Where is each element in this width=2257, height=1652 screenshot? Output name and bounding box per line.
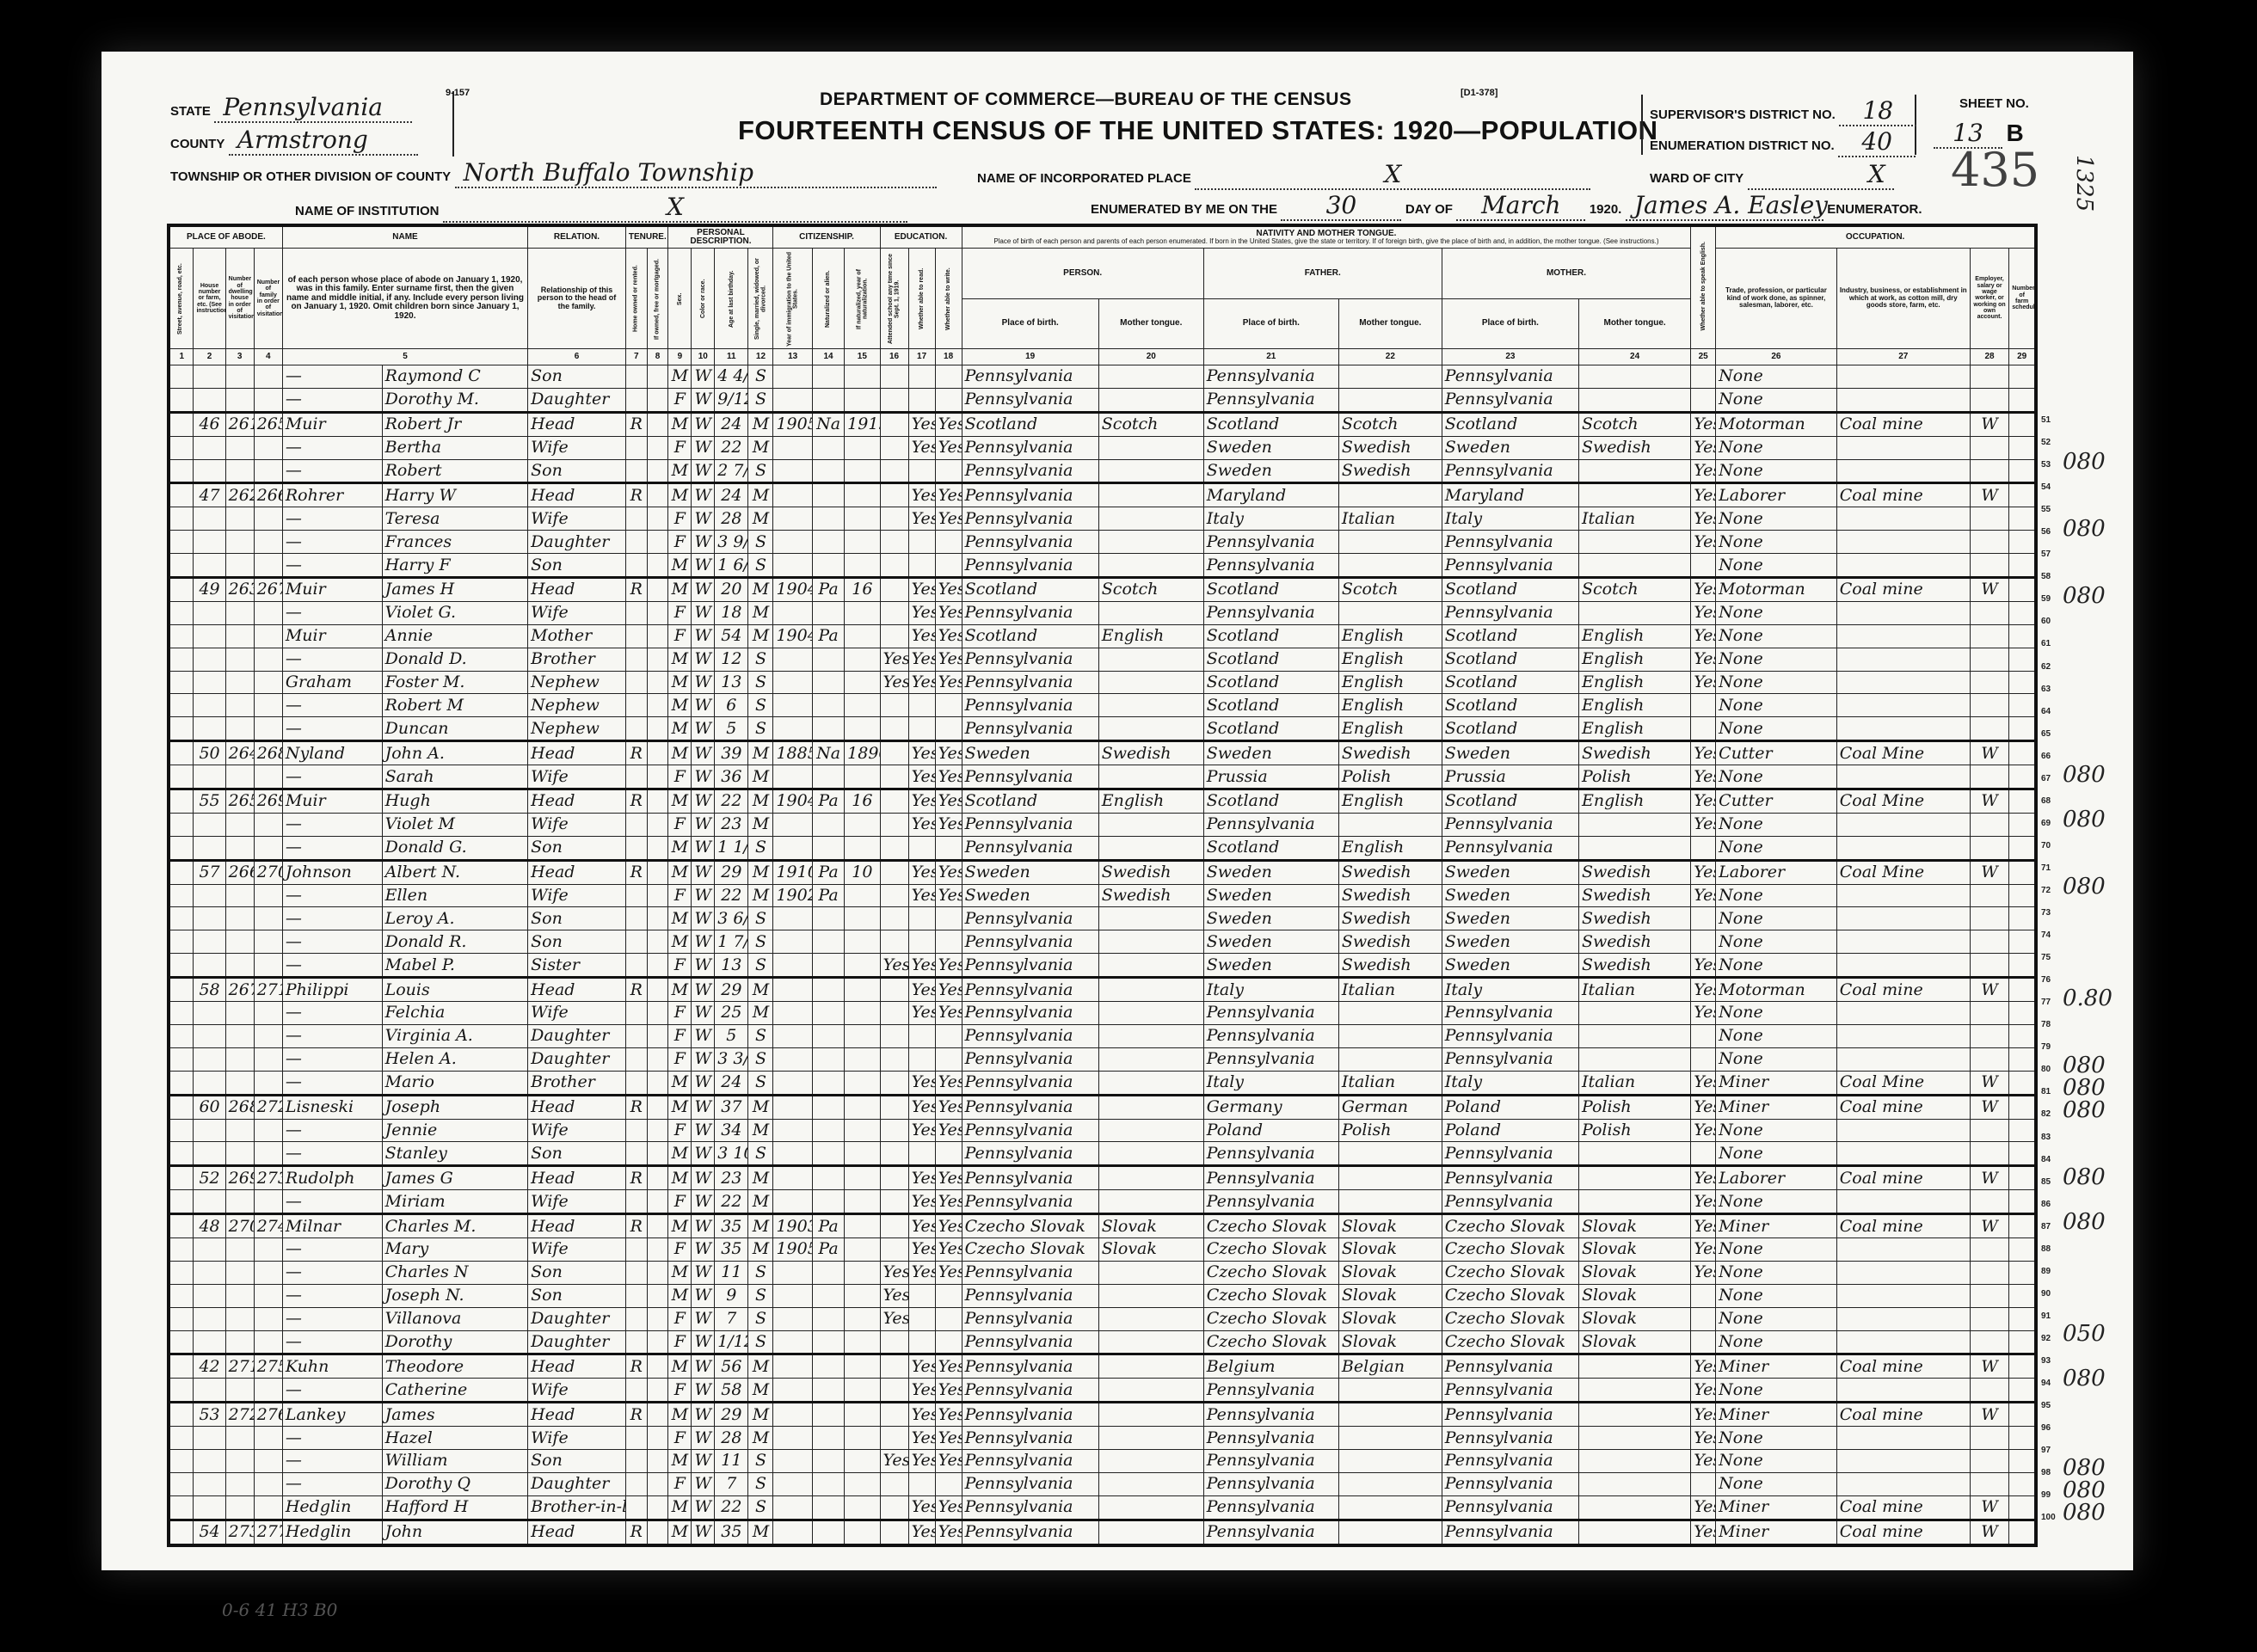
margin-code: 050: [2063, 1323, 2112, 1345]
cell-house: 42: [194, 1354, 225, 1379]
cell-street: [169, 436, 194, 459]
cell-natyr: [845, 1472, 880, 1495]
cell-imm: [773, 483, 812, 507]
cell-english: Yes: [1691, 954, 1716, 978]
cell-english: Yes: [1691, 1427, 1716, 1450]
cell-english: Yes: [1691, 1002, 1716, 1025]
cell-color: W: [692, 1237, 715, 1261]
census-row: —CatherineWifeFW58MYesYesPennsylvaniaPen…: [169, 1379, 2036, 1403]
cell-m-pob: Pennsylvania: [1442, 1354, 1578, 1379]
cell-owned: [625, 436, 647, 459]
line-number: 56: [2041, 518, 2060, 540]
cell-sex: M: [668, 907, 692, 930]
cell-tongue: [1098, 1095, 1203, 1119]
cell-surname: —: [282, 694, 382, 717]
line-number: 79: [2041, 1033, 2060, 1055]
census-row: GrahamFoster M.NephewMW13SYesYesYesPenns…: [169, 671, 2036, 694]
cell-m-pob: Italy: [1442, 1071, 1578, 1095]
cell-mort: [647, 1142, 668, 1166]
cell-read: Yes: [908, 789, 935, 814]
cell-relation: Son: [528, 907, 626, 930]
cell-mort: [647, 1495, 668, 1520]
cell-f-pob: Pennsylvania: [1203, 1047, 1338, 1071]
cell-f-pob: Sweden: [1203, 860, 1338, 884]
cell-street: [169, 1379, 194, 1403]
cell-english: Yes: [1691, 1379, 1716, 1403]
cell-surname: —: [282, 1071, 382, 1095]
cell-m-pob: Pennsylvania: [1442, 1047, 1578, 1071]
cell-color: W: [692, 741, 715, 765]
cell-school: [880, 624, 908, 648]
cell-relation: Head: [528, 741, 626, 765]
cell-f-pob: Czecho Slovak: [1203, 1330, 1338, 1354]
cell-school: [880, 1379, 908, 1403]
cell-dwelling: 263: [225, 578, 254, 602]
census-row: —JennieWifeFW34MYesYesPennsylvaniaPoland…: [169, 1119, 2036, 1142]
cell-surname: —: [282, 1472, 382, 1495]
cell-sex: F: [668, 1237, 692, 1261]
cell-school: [880, 978, 908, 1002]
cell-house: [194, 1047, 225, 1071]
cell-school: [880, 1190, 908, 1214]
cell-surname: —: [282, 1002, 382, 1025]
cell-industry: Coal Mine: [1836, 860, 1970, 884]
cell-given: Donald G.: [382, 836, 528, 860]
cell-school: [880, 1002, 908, 1025]
cell-trade: Miner: [1716, 1495, 1837, 1520]
cell-nat: [812, 671, 844, 694]
cell-tongue: [1098, 1427, 1203, 1450]
cell-street: [169, 1284, 194, 1307]
cell-class: [1970, 459, 2008, 483]
cell-surname: —: [282, 954, 382, 978]
cell-dwelling: [225, 1047, 254, 1071]
cell-color: W: [692, 624, 715, 648]
header-class: Employer, salary or wage worker, or work…: [1970, 249, 2008, 349]
line-number: 90: [2041, 1280, 2060, 1302]
cell-mort: [647, 1354, 668, 1379]
cell-m-tongue: [1578, 365, 1690, 389]
line-number: 65: [2041, 720, 2060, 742]
cell-f-tongue: Polish: [1338, 765, 1442, 789]
cell-write: [935, 907, 962, 930]
cell-industry: [1836, 1237, 1970, 1261]
cell-tongue: [1098, 1472, 1203, 1495]
cell-relation: Son: [528, 459, 626, 483]
institution-label: NAME OF INSTITUTION: [295, 204, 440, 218]
cell-school: [880, 459, 908, 483]
cell-school: [880, 1354, 908, 1379]
cell-farm: [2009, 907, 2036, 930]
form-number: 9-157: [446, 88, 470, 98]
cell-family: [254, 624, 282, 648]
cell-owned: [625, 1261, 647, 1284]
cell-nat: [812, 436, 844, 459]
cell-mort: [647, 1449, 668, 1472]
cell-color: W: [692, 1119, 715, 1142]
column-number: 15: [845, 349, 880, 365]
cell-write: Yes: [935, 813, 962, 836]
cell-sex: F: [668, 1307, 692, 1330]
margin-code: [2063, 786, 2112, 808]
cell-family: [254, 601, 282, 624]
cell-given: James H: [382, 578, 528, 602]
cell-f-tongue: Scotch: [1338, 578, 1442, 602]
cell-relation: Daughter: [528, 1047, 626, 1071]
cell-owned: R: [625, 412, 647, 436]
cell-trade: None: [1716, 436, 1837, 459]
enumeration-field: ENUMERATION DISTRICT NO. 40: [1650, 127, 1916, 157]
cell-given: John A.: [382, 741, 528, 765]
cell-owned: R: [625, 1520, 647, 1545]
cell-english: Yes: [1691, 1119, 1716, 1142]
cell-trade: None: [1716, 836, 1837, 860]
cell-house: [194, 907, 225, 930]
cell-color: W: [692, 978, 715, 1002]
margin-code: [2063, 607, 2112, 629]
cell-read: Yes: [908, 648, 935, 671]
enumerated-day: 30: [1281, 191, 1401, 221]
cell-family: [254, 365, 282, 389]
cell-school: [880, 1095, 908, 1119]
cell-school: [880, 813, 908, 836]
cell-age: 9/12: [715, 388, 748, 412]
cell-tongue: [1098, 1166, 1203, 1190]
census-row: —VillanovaDaughterFW7SYesPennsylvaniaCze…: [169, 1307, 2036, 1330]
cell-dwelling: 271: [225, 1354, 254, 1379]
cell-pob: Pennsylvania: [962, 1119, 1098, 1142]
cell-owned: [625, 765, 647, 789]
cell-m-pob: Pennsylvania: [1442, 365, 1578, 389]
cell-marital: S: [748, 648, 773, 671]
cell-class: [1970, 1024, 2008, 1047]
cell-house: 55: [194, 789, 225, 814]
cell-mort: [647, 1071, 668, 1095]
cell-pob: Pennsylvania: [962, 1403, 1098, 1427]
cell-tongue: [1098, 1071, 1203, 1095]
cell-imm: [773, 554, 812, 578]
cell-imm: 1905: [773, 412, 812, 436]
cell-f-pob: Poland: [1203, 1119, 1338, 1142]
cell-class: [1970, 884, 2008, 907]
cell-mort: [647, 436, 668, 459]
cell-class: W: [1970, 1095, 2008, 1119]
cell-m-pob: Czecho Slovak: [1442, 1284, 1578, 1307]
census-row: —Violet G.WifeFW18MYesYesPennsylvaniaPen…: [169, 601, 2036, 624]
cell-imm: [773, 1330, 812, 1354]
cell-tongue: [1098, 365, 1203, 389]
cell-school: [880, 483, 908, 507]
cell-owned: [625, 624, 647, 648]
cell-mort: [647, 884, 668, 907]
column-number: 25: [1691, 349, 1716, 365]
line-number: 86: [2041, 1190, 2060, 1213]
margin-code: [2063, 428, 2112, 451]
cell-m-pob: Scotland: [1442, 648, 1578, 671]
cell-read: Yes: [908, 978, 935, 1002]
cell-natyr: [845, 907, 880, 930]
cell-natyr: [845, 1495, 880, 1520]
column-number: 13: [773, 349, 812, 365]
cell-class: [1970, 717, 2008, 741]
cell-relation: Head: [528, 860, 626, 884]
cell-nat: [812, 1472, 844, 1495]
cell-tongue: [1098, 1024, 1203, 1047]
cell-f-pob: Pennsylvania: [1203, 1142, 1338, 1166]
cell-mort: [647, 1307, 668, 1330]
cell-color: W: [692, 1142, 715, 1166]
cell-write: Yes: [935, 978, 962, 1002]
cell-industry: [1836, 365, 1970, 389]
cell-natyr: [845, 836, 880, 860]
column-number: 27: [1836, 349, 1970, 365]
cell-imm: [773, 459, 812, 483]
cell-owned: [625, 884, 647, 907]
cell-f-tongue: [1338, 1190, 1442, 1214]
cell-write: Yes: [935, 789, 962, 814]
cell-street: [169, 1261, 194, 1284]
cell-school: [880, 531, 908, 554]
cell-mort: [647, 694, 668, 717]
cell-house: [194, 954, 225, 978]
cell-m-pob: Sweden: [1442, 741, 1578, 765]
cell-industry: [1836, 507, 1970, 531]
cell-sex: M: [668, 1095, 692, 1119]
cell-imm: 1905: [773, 1237, 812, 1261]
cell-street: [169, 1071, 194, 1095]
cell-industry: [1836, 1307, 1970, 1330]
cell-mort: [647, 531, 668, 554]
line-number: 58: [2041, 562, 2060, 585]
cell-m-pob: Sweden: [1442, 930, 1578, 954]
cell-read: Yes: [908, 578, 935, 602]
cell-surname: —: [282, 554, 382, 578]
cell-read: Yes: [908, 954, 935, 978]
cell-trade: None: [1716, 1024, 1837, 1047]
cell-class: [1970, 671, 2008, 694]
cell-school: [880, 741, 908, 765]
cell-tongue: Scotch: [1098, 412, 1203, 436]
cell-dwelling: [225, 436, 254, 459]
cell-tongue: English: [1098, 624, 1203, 648]
cell-family: [254, 907, 282, 930]
cell-industry: [1836, 388, 1970, 412]
cell-color: W: [692, 671, 715, 694]
cell-color: W: [692, 884, 715, 907]
cell-nat: [812, 1002, 844, 1025]
cell-marital: S: [748, 1495, 773, 1520]
cell-write: Yes: [935, 1237, 962, 1261]
cell-pob: Pennsylvania: [962, 483, 1098, 507]
cell-read: Yes: [908, 1190, 935, 1214]
cell-mort: [647, 365, 668, 389]
cell-read: Yes: [908, 1520, 935, 1545]
cell-m-tongue: Swedish: [1578, 907, 1690, 930]
cell-trade: None: [1716, 624, 1837, 648]
cell-nat: [812, 836, 844, 860]
cell-street: [169, 717, 194, 741]
line-number: 98: [2041, 1459, 2060, 1481]
cell-relation: Sister: [528, 954, 626, 978]
cell-family: [254, 1047, 282, 1071]
cell-tongue: [1098, 436, 1203, 459]
cell-family: [254, 1307, 282, 1330]
cell-age: 56: [715, 1354, 748, 1379]
cell-age: 28: [715, 1427, 748, 1450]
cell-f-tongue: [1338, 1520, 1442, 1545]
cell-dwelling: [225, 1261, 254, 1284]
cell-mort: [647, 1214, 668, 1238]
cell-pob: Scotland: [962, 412, 1098, 436]
cell-farm: [2009, 483, 2036, 507]
cell-f-pob: Pennsylvania: [1203, 1190, 1338, 1214]
ward-field: WARD OF CITY X: [1650, 160, 1894, 190]
cell-family: [254, 1002, 282, 1025]
cell-surname: —: [282, 1024, 382, 1047]
cell-imm: [773, 836, 812, 860]
cell-color: W: [692, 1472, 715, 1495]
cell-pob: Pennsylvania: [962, 365, 1098, 389]
cell-pob: Pennsylvania: [962, 1307, 1098, 1330]
cell-tongue: [1098, 531, 1203, 554]
cell-m-pob: Italy: [1442, 507, 1578, 531]
cell-street: [169, 507, 194, 531]
header-age: Age at last birthday.: [715, 249, 748, 349]
cell-natyr: [845, 507, 880, 531]
cell-trade: None: [1716, 1142, 1837, 1166]
cell-dwelling: [225, 1002, 254, 1025]
cell-imm: [773, 1427, 812, 1450]
cell-write: Yes: [935, 860, 962, 884]
cell-f-pob: Scotland: [1203, 694, 1338, 717]
cell-sex: M: [668, 1214, 692, 1238]
cell-relation: Brother: [528, 648, 626, 671]
cell-natyr: [845, 648, 880, 671]
cell-nat: [812, 1261, 844, 1284]
cell-marital: M: [748, 789, 773, 814]
cell-dwelling: 269: [225, 1166, 254, 1190]
cell-street: [169, 765, 194, 789]
cell-house: 47: [194, 483, 225, 507]
cell-farm: [2009, 717, 2036, 741]
cell-imm: [773, 694, 812, 717]
cell-farm: [2009, 1119, 2036, 1142]
cell-natyr: [845, 624, 880, 648]
header-mortgaged: If owned, free or mortgaged.: [647, 249, 668, 349]
line-number: 74: [2041, 921, 2060, 943]
cell-dwelling: [225, 1237, 254, 1261]
cell-relation: Wife: [528, 507, 626, 531]
cell-sex: F: [668, 507, 692, 531]
cell-owned: [625, 1284, 647, 1307]
cell-m-pob: Scotland: [1442, 578, 1578, 602]
cell-nat: [812, 507, 844, 531]
cell-school: Yes: [880, 671, 908, 694]
cell-industry: [1836, 1472, 1970, 1495]
margin-code: 0.80: [2063, 987, 2112, 1010]
cell-pob: Scotland: [962, 789, 1098, 814]
cell-color: W: [692, 717, 715, 741]
cell-given: Harry W: [382, 483, 528, 507]
cell-f-pob: Pennsylvania: [1203, 1427, 1338, 1450]
cell-write: Yes: [935, 765, 962, 789]
cell-surname: —: [282, 930, 382, 954]
cell-pob: Pennsylvania: [962, 531, 1098, 554]
cell-trade: None: [1716, 694, 1837, 717]
cell-read: Yes: [908, 741, 935, 765]
cell-family: [254, 388, 282, 412]
cell-read: [908, 459, 935, 483]
line-number: 51: [2041, 406, 2060, 428]
cell-read: [908, 554, 935, 578]
cell-sex: M: [668, 978, 692, 1002]
cell-given: Dorothy Q: [382, 1472, 528, 1495]
cell-natyr: [845, 531, 880, 554]
cell-tongue: [1098, 1354, 1203, 1379]
cell-mort: [647, 1119, 668, 1142]
group-occupation: OCCUPATION.: [1716, 225, 2036, 249]
line-number: 60: [2041, 607, 2060, 629]
cell-sex: M: [668, 578, 692, 602]
margin-code: 080: [2063, 585, 2112, 607]
column-number: 6: [528, 349, 626, 365]
cell-dwelling: 273: [225, 1520, 254, 1545]
cell-color: W: [692, 1379, 715, 1403]
cell-natyr: [845, 1071, 880, 1095]
cell-school: [880, 930, 908, 954]
cell-industry: Coal mine: [1836, 1520, 1970, 1545]
cell-m-pob: Sweden: [1442, 907, 1578, 930]
cell-read: Yes: [908, 624, 935, 648]
cell-natyr: [845, 1214, 880, 1238]
cell-farm: [2009, 836, 2036, 860]
cell-family: 275: [254, 1354, 282, 1379]
cell-write: Yes: [935, 1166, 962, 1190]
cell-school: [880, 884, 908, 907]
census-row: —WilliamSonMW11SYesYesYesPennsylvaniaPen…: [169, 1449, 2036, 1472]
cell-family: [254, 1284, 282, 1307]
cell-surname: —: [282, 1284, 382, 1307]
cell-farm: [2009, 884, 2036, 907]
cell-f-pob: Pennsylvania: [1203, 531, 1338, 554]
cell-owned: [625, 1002, 647, 1025]
cell-owned: [625, 836, 647, 860]
cell-write: Yes: [935, 1119, 962, 1142]
cell-m-tongue: Slovak: [1578, 1261, 1690, 1284]
cell-read: Yes: [908, 1495, 935, 1520]
cell-house: [194, 694, 225, 717]
cell-trade: None: [1716, 907, 1837, 930]
cell-f-tongue: Slovak: [1338, 1307, 1442, 1330]
margin-code: 080: [2063, 451, 2112, 473]
cell-m-pob: Sweden: [1442, 954, 1578, 978]
cell-family: 266: [254, 483, 282, 507]
census-row: —MarioBrotherMW24SYesYesPennsylvaniaItal…: [169, 1071, 2036, 1095]
cell-f-tongue: [1338, 554, 1442, 578]
cell-pob: Pennsylvania: [962, 388, 1098, 412]
cell-school: [880, 765, 908, 789]
cell-m-tongue: Slovak: [1578, 1284, 1690, 1307]
column-number: 11: [715, 349, 748, 365]
subgroup-mother: MOTHER.: [1442, 249, 1690, 299]
census-row: 52269273RudolphJames GHeadRMW23MYesYesPe…: [169, 1166, 2036, 1190]
cell-marital: S: [748, 836, 773, 860]
column-number: 28: [1970, 349, 2008, 365]
cell-farm: [2009, 1472, 2036, 1495]
cell-industry: Coal mine: [1836, 412, 1970, 436]
cell-f-tongue: English: [1338, 717, 1442, 741]
margin-code: [2063, 1121, 2112, 1144]
